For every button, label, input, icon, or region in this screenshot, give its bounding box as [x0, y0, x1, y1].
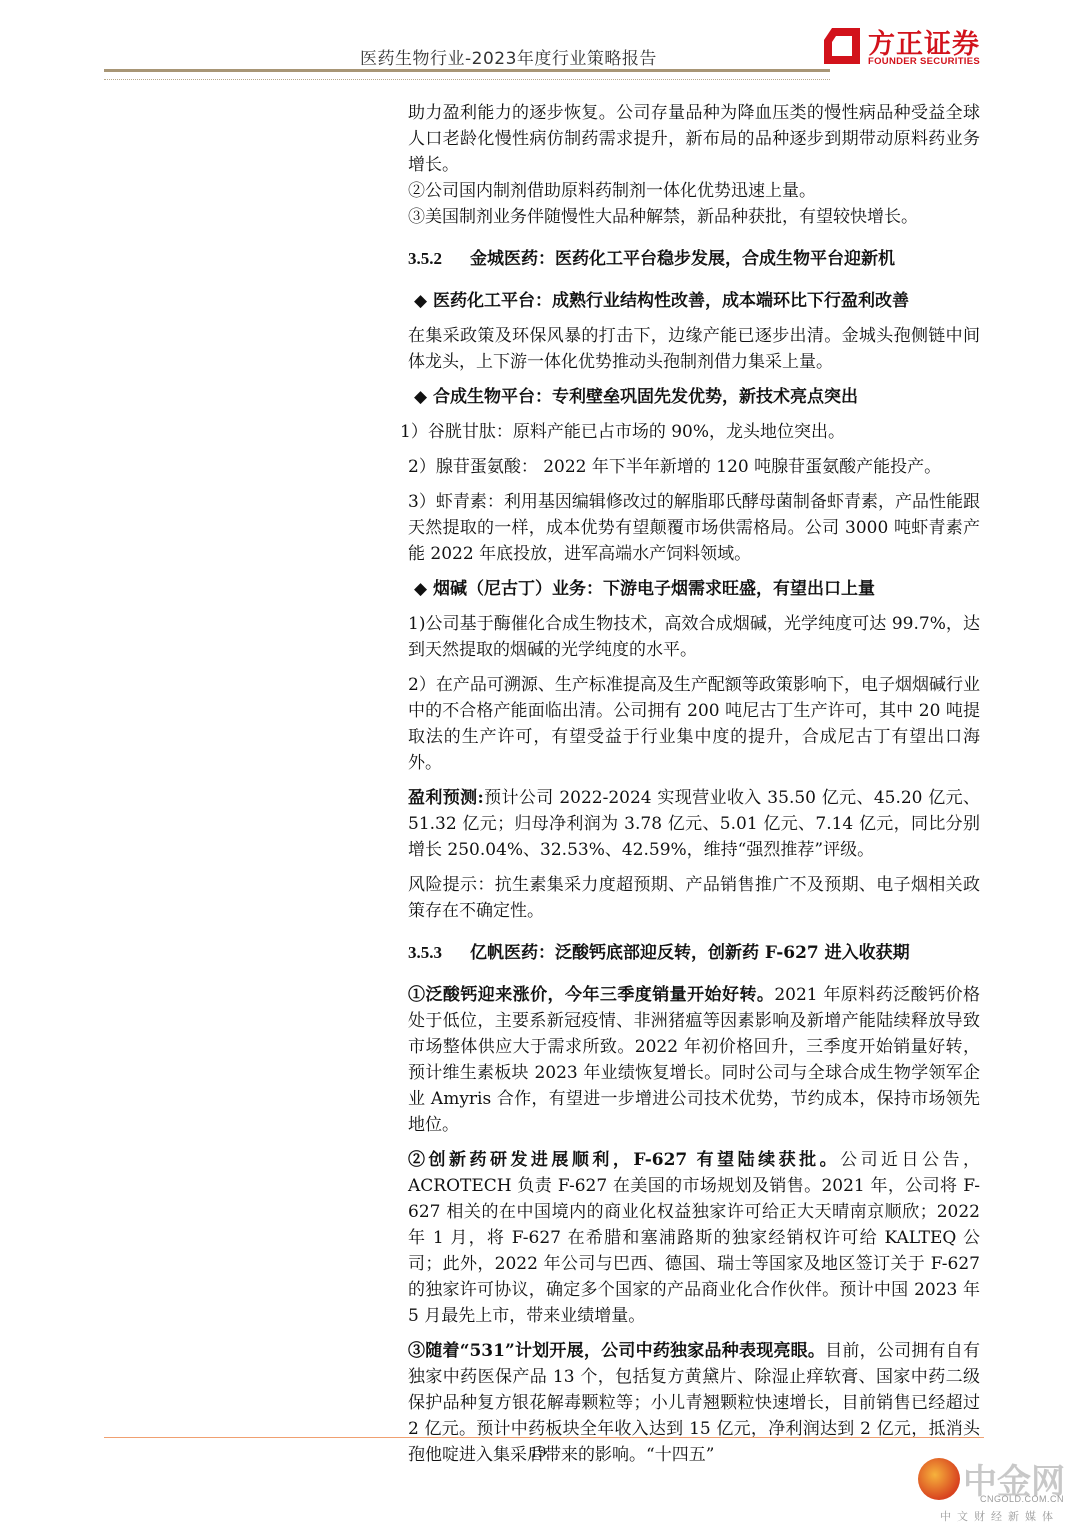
forecast-label: 盈利预测:: [408, 788, 484, 808]
section-number: 3.5.3: [408, 940, 470, 966]
founder-securities-logo: 方正证券 FOUNDER SECURITIES: [822, 22, 992, 70]
watermark-subtitle: 中文财经新媒体: [940, 1508, 1059, 1524]
forecast-text: 预计公司 2022-2024 实现营业收入 35.50 亿元、45.20 亿元、…: [408, 788, 980, 860]
nicotine-item-1: 1)公司基于酶催化合成生物技术，高效合成烟碱，光学纯度可达 99.7%，达到天然…: [408, 611, 980, 663]
section-title: 金城医药：医药化工平台稳步发展，合成生物平台迎新机: [470, 249, 895, 269]
paragraph-text: 2021 年原料药泛酸钙价格处于低位，主要系新冠疫情、非洲猪瘟等因素影响及新增产…: [408, 985, 980, 1135]
earnings-forecast: 盈利预测:预计公司 2022-2024 实现营业收入 35.50 亿元、45.2…: [408, 785, 980, 863]
bullet-heading-synbio-platform: ◆ 合成生物平台：专利壁垒巩固先发优势，新技术亮点突出: [408, 384, 980, 410]
chemical-platform-paragraph: 在集采政策及环保风暴的打击下，边缘产能已逐步出清。金城头孢侧链中间体龙头，上下游…: [408, 323, 980, 375]
yifan-paragraph-1: ①泛酸钙迎来涨价，今年三季度销量开始好转。2021 年原料药泛酸钙价格处于低位，…: [408, 982, 980, 1138]
yifan-paragraph-2: ②创新药研发进展顺利，F-627 有望陆续获批。公司近日公告，ACROTECH …: [408, 1147, 980, 1329]
intro-item-3: ③美国制剂业务伴随慢性大品种解禁，新品种获批，有望较快增长。: [408, 204, 980, 230]
logo-mark-icon: [822, 26, 862, 66]
paragraph-text: 公司近日公告，ACROTECH 负责 F-627 在美国的市场规划及销售。202…: [408, 1150, 980, 1326]
section-heading-3-5-2: 3.5.2金城医药：医药化工平台稳步发展，合成生物平台迎新机: [408, 246, 980, 272]
risk-warning: 风险提示：抗生素集采力度超预期、产品销售推广不及预期、电子烟相关政策存在不确定性…: [408, 872, 980, 924]
header-divider: [104, 69, 830, 72]
synbio-item-2: 2）腺苷蛋氨酸： 2022 年下半年新增的 120 吨腺苷蛋氨酸产能投产。: [408, 454, 980, 480]
document-body: 助力盈利能力的逐步恢复。公司存量品种为降血压类的慢性病品种受益全球人口老龄化慢性…: [408, 100, 980, 1468]
intro-item-2: ②公司国内制剂借助原料药制剂一体化优势迅速上量。: [408, 178, 980, 204]
logo-text-en: FOUNDER SECURITIES: [868, 56, 980, 67]
synbio-item-1: 1）谷胱甘肽：原料产能已占市场的 90%，龙头地位突出。: [400, 419, 980, 445]
section-heading-3-5-3: 3.5.3亿帆医药：泛酸钙底部迎反转，创新药 F-627 进入收获期: [408, 940, 980, 966]
nicotine-item-2: 2）在产品可溯源、生产标准提高及生产配额等政策影响下，电子烟烟碱行业中的不合格产…: [408, 672, 980, 776]
report-title: 医药生物行业-2023年度行业策略报告: [360, 44, 657, 69]
intro-paragraph: 助力盈利能力的逐步恢复。公司存量品种为降血压类的慢性病品种受益全球人口老龄化慢性…: [408, 100, 980, 178]
paragraph-lead: ③随着“531”计划开展，公司中药独家品种表现亮眼。: [408, 1341, 825, 1361]
yifan-paragraph-3: ③随着“531”计划开展，公司中药独家品种表现亮眼。目前，公司拥有自有独家中药医…: [408, 1338, 980, 1468]
section-number: 3.5.2: [408, 246, 470, 272]
footer-divider: [104, 1437, 984, 1438]
header-dotted-divider: [104, 79, 830, 80]
bullet-heading-nicotine: ◆ 烟碱（尼古丁）业务：下游电子烟需求旺盛，有望出口上量: [408, 576, 980, 602]
watermark-en: CNGOLD.COM.CN: [980, 1494, 1064, 1504]
paragraph-lead: ①泛酸钙迎来涨价，今年三季度销量开始好转。: [408, 985, 774, 1005]
page-number: 19: [530, 1444, 546, 1462]
cngold-watermark: 中金网 CNGOLD.COM.CN 中文财经新媒体: [918, 1458, 1078, 1526]
synbio-item-3: 3）虾青素：利用基因编辑修改过的解脂耶氏酵母菌制备虾青素，产品性能跟天然提取的一…: [408, 489, 980, 567]
bullet-heading-chemical-platform: ◆ 医药化工平台：成熟行业结构性改善，成本端环比下行盈利改善: [408, 288, 980, 314]
cngold-logo-icon: [918, 1458, 960, 1500]
section-title: 亿帆医药：泛酸钙底部迎反转，创新药 F-627 进入收获期: [470, 943, 910, 963]
paragraph-lead: ②创新药研发进展顺利，F-627 有望陆续获批。: [408, 1150, 840, 1170]
